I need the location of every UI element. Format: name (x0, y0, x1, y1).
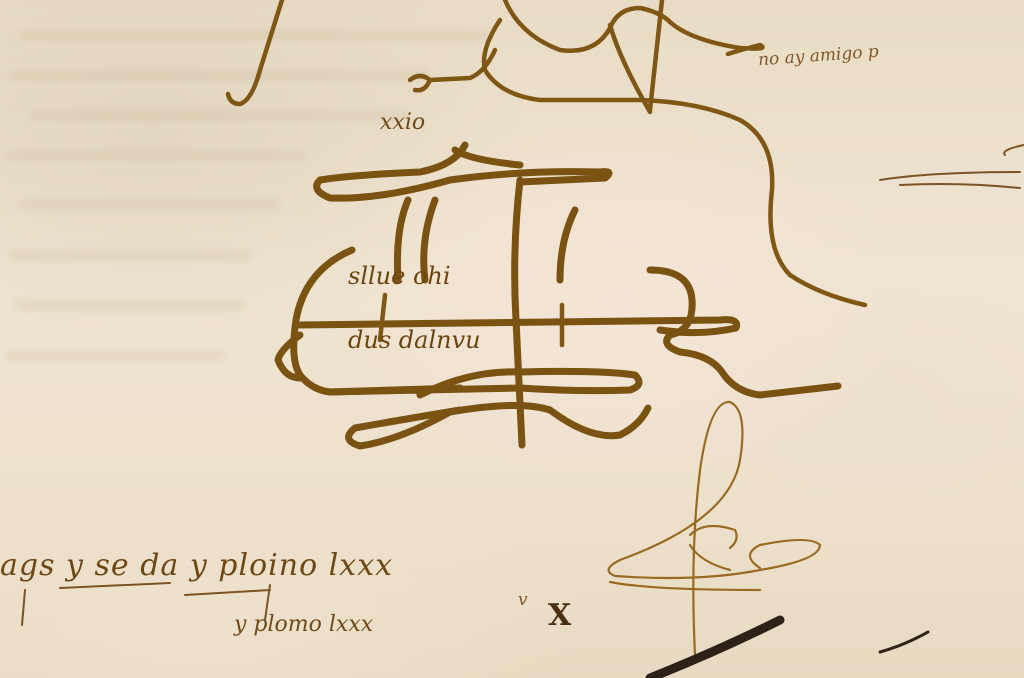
superscript-mark: v (518, 590, 528, 610)
sign-line-1: sllue ohi (348, 262, 451, 290)
dark-pen-stroke (650, 620, 780, 678)
bottom-text-line-2: y plomo lxxx (234, 612, 373, 637)
right-edge-hook (1004, 145, 1024, 155)
right-faint-strokes (880, 172, 1020, 188)
top-vertical-stroke (650, 0, 662, 110)
small-dark-stroke (880, 632, 928, 652)
lower-loop-stroke (330, 371, 639, 395)
bottom-text-line-1: ags y se da y ploino lxxx (0, 548, 393, 583)
top-left-stroke (228, 0, 282, 104)
sign-line-2: dus dalnvu (348, 326, 481, 354)
ascender-3-stroke (560, 210, 575, 280)
lower-signature-flourish (609, 402, 820, 655)
lower-signature-loops (610, 526, 760, 590)
bottom-underline-strokes (60, 583, 270, 595)
manuscript-photo: no ay amigo p xxio sllue ohi dus dalnvu … (0, 0, 1024, 678)
roman-numeral-mark: X (548, 598, 572, 633)
bottom-descenders (22, 585, 270, 625)
numeral-above-sign: xxio (380, 110, 425, 135)
bottom-loop-stroke (349, 405, 648, 446)
top-crown-stroke (505, 0, 763, 54)
t-upper-stroke (455, 150, 520, 165)
